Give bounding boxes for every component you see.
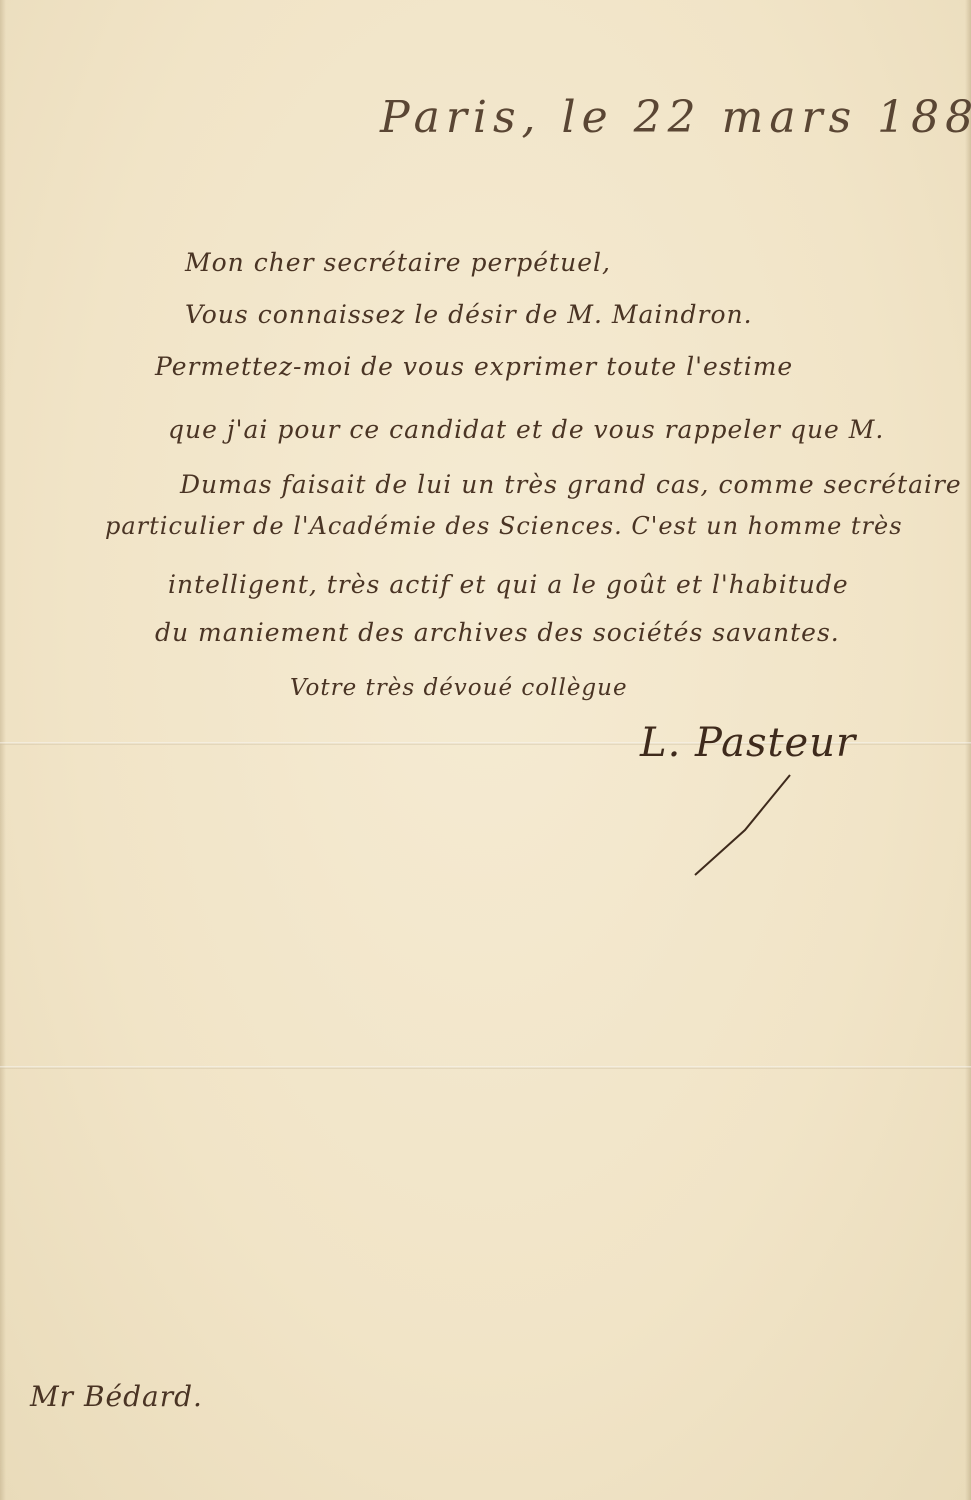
closing: Votre très dévoué collègue bbox=[290, 675, 628, 701]
paper-edge-right bbox=[965, 0, 971, 1500]
body-line: du maniement des archives des sociétés s… bbox=[155, 618, 840, 647]
body-line: intelligent, très actif et qui a le goût… bbox=[168, 570, 849, 599]
body-line: Dumas faisait de lui un très grand cas, … bbox=[180, 470, 962, 499]
letter-page: Paris, le 22 mars 1886 Mon cher secrétai… bbox=[0, 0, 971, 1500]
dateline: Paris, le 22 mars 1886 bbox=[380, 92, 971, 143]
body-line: Vous connaissez le désir de M. Maindron. bbox=[185, 300, 753, 329]
body-line: Permettez-moi de vous exprimer toute l'e… bbox=[155, 352, 793, 381]
fold-line-lower bbox=[0, 1066, 971, 1069]
body-line: que j'ai pour ce candidat et de vous rap… bbox=[168, 415, 884, 444]
signature-flourish-icon bbox=[685, 770, 795, 880]
addressee: Mr Bédard. bbox=[30, 1380, 203, 1413]
signature: L. Pasteur bbox=[640, 720, 856, 766]
paper-edge-left bbox=[0, 0, 6, 1500]
body-line: particulier de l'Académie des Sciences. … bbox=[105, 512, 903, 540]
salutation: Mon cher secrétaire perpétuel, bbox=[185, 248, 611, 277]
